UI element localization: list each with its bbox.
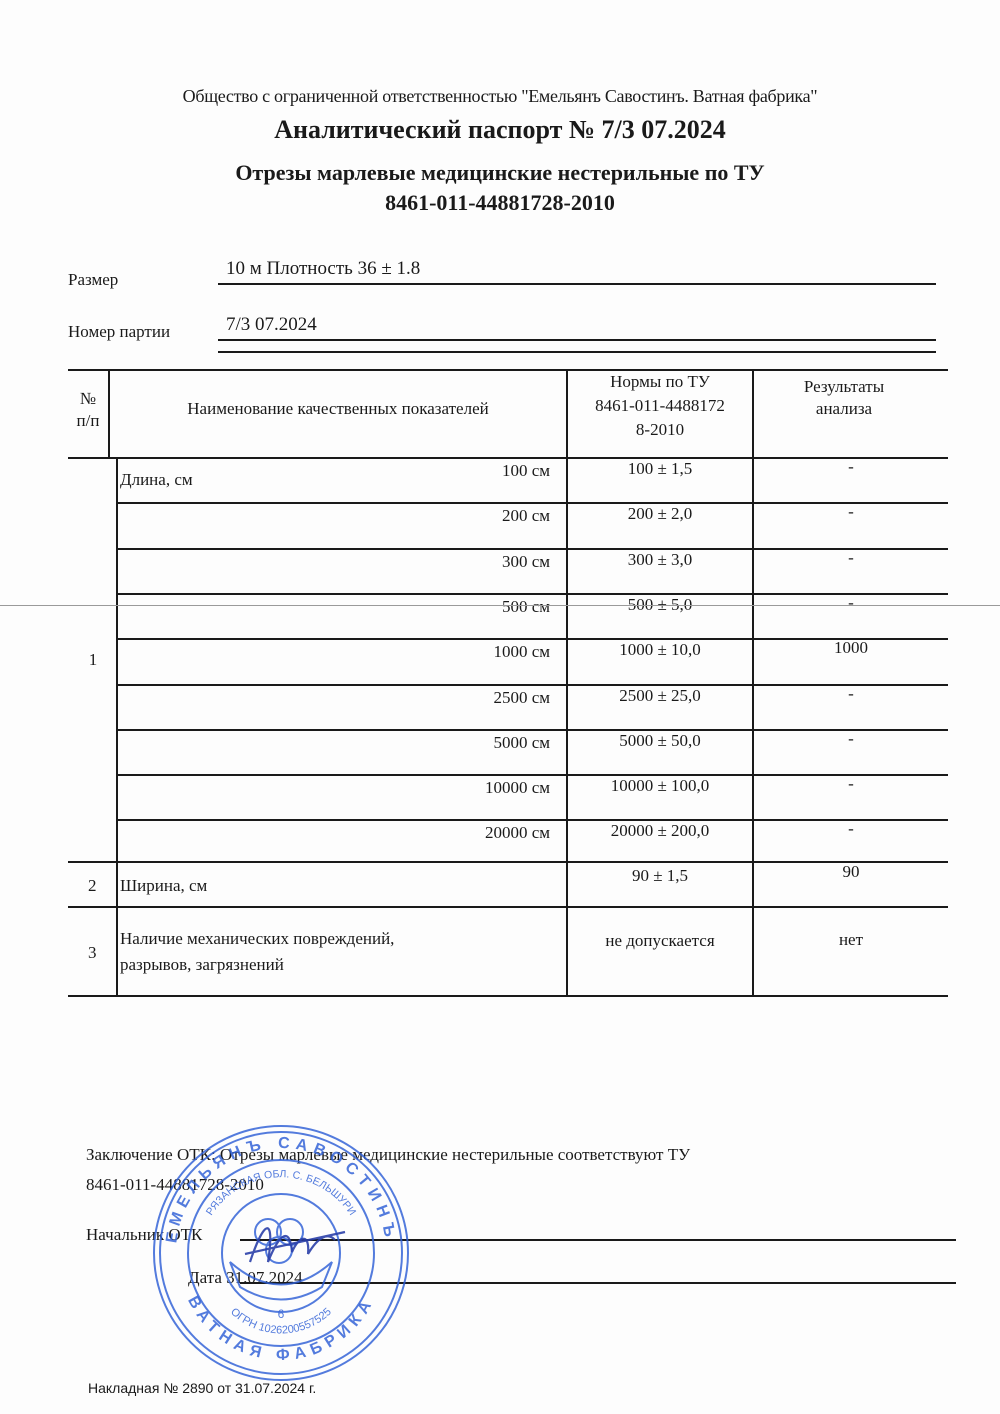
col-num-border-lower <box>116 457 118 996</box>
svg-text:ВАТНАЯ ФАБРИКА: ВАТНАЯ ФАБРИКА <box>184 1293 378 1364</box>
row2-name: Ширина, см <box>120 876 207 896</box>
row-norm: 300 ± 3,0 <box>568 550 752 570</box>
row-norm: 10000 ± 100,0 <box>568 776 752 796</box>
row-norm: 200 ± 2,0 <box>568 504 752 524</box>
row-size: 100 см <box>380 461 550 481</box>
row3-norm: не допускается <box>568 931 752 951</box>
row2-num: 2 <box>88 876 97 896</box>
row-size: 5000 см <box>380 733 550 753</box>
row3-num: 3 <box>88 943 97 963</box>
row-result: - <box>754 729 948 749</box>
row-size: 1000 см <box>380 642 550 662</box>
batch-underline <box>218 339 936 341</box>
row-size: 200 см <box>380 506 550 526</box>
row-result: - <box>754 819 948 839</box>
chief-label: Начальник ОТК <box>86 1225 202 1245</box>
subtitle-line-1: Отрезы марлевые медицинские нестерильные… <box>0 158 1000 188</box>
header-result: Результаты анализа <box>754 376 934 420</box>
conclusion-line-1: Заключение ОТК: Отрезы марлевые медицинс… <box>86 1145 690 1165</box>
svg-text:ОГРН 1026200557525: ОГРН 1026200557525 <box>228 1306 334 1337</box>
row-size: 10000 см <box>380 778 550 798</box>
size-label: Размер <box>68 270 118 290</box>
row2-result: 90 <box>754 862 948 882</box>
row-size: 20000 см <box>380 823 550 843</box>
row-size: 2500 см <box>380 688 550 708</box>
row-result: - <box>754 502 948 522</box>
row-result: - <box>754 593 948 613</box>
subtitle-line-2: 8461-011-44881728-2010 <box>0 188 1000 218</box>
row-size: 300 см <box>380 552 550 572</box>
row-norm: 2500 ± 25,0 <box>568 686 752 706</box>
batch-value: 7/3 07.2024 <box>226 314 317 336</box>
conclusion-line-2: 8461-011-44881728-2010 <box>86 1175 264 1195</box>
document-title: Аналитический паспорт № 7/3 07.2024 <box>0 115 1000 145</box>
group1-name: Длина, см <box>120 470 193 490</box>
organization-name: Общество с ограниченной ответственностью… <box>0 86 1000 107</box>
size-underline <box>218 283 936 285</box>
row-result: - <box>754 457 948 477</box>
batch-label: Номер партии <box>68 322 170 342</box>
row-norm: 20000 ± 200,0 <box>568 821 752 841</box>
row3-name: Наличие механических повреждений, разрыв… <box>120 926 394 978</box>
row-result: - <box>754 684 948 704</box>
group1-num: 1 <box>80 650 106 670</box>
invoice-line: Накладная № 2890 от 31.07.2024 г. <box>88 1380 316 1396</box>
table-bottom-border <box>68 995 948 997</box>
row-result: 1000 <box>754 638 948 658</box>
row-result: - <box>754 548 948 568</box>
row3-top-border <box>68 906 948 908</box>
row-norm: 100 ± 1,5 <box>568 459 752 479</box>
size-value: 10 м Плотность 36 ± 1.8 <box>226 258 420 280</box>
scan-artifact-line <box>0 605 1000 606</box>
row-norm: 5000 ± 50,0 <box>568 731 752 751</box>
signature-line <box>240 1239 956 1241</box>
document-subtitle: Отрезы марлевые медицинские нестерильные… <box>0 158 1000 218</box>
header-name: Наименование качественных показателей <box>110 398 566 420</box>
svg-text:6: 6 <box>278 1307 285 1321</box>
header-norm: Нормы по ТУ 8461-011-4488172 8-2010 <box>568 366 752 442</box>
row-result: - <box>754 774 948 794</box>
row3-result: нет <box>754 930 948 950</box>
row2-norm: 90 ± 1,5 <box>568 866 752 886</box>
header-num: № п/п <box>68 388 108 432</box>
row-size: 500 см <box>380 597 550 617</box>
table-top-border <box>68 369 948 371</box>
date-label: Дата 31.07.2024 <box>188 1268 303 1288</box>
date-line <box>240 1282 956 1284</box>
row-norm: 1000 ± 10,0 <box>568 640 752 660</box>
batch-underline-2 <box>218 351 936 353</box>
